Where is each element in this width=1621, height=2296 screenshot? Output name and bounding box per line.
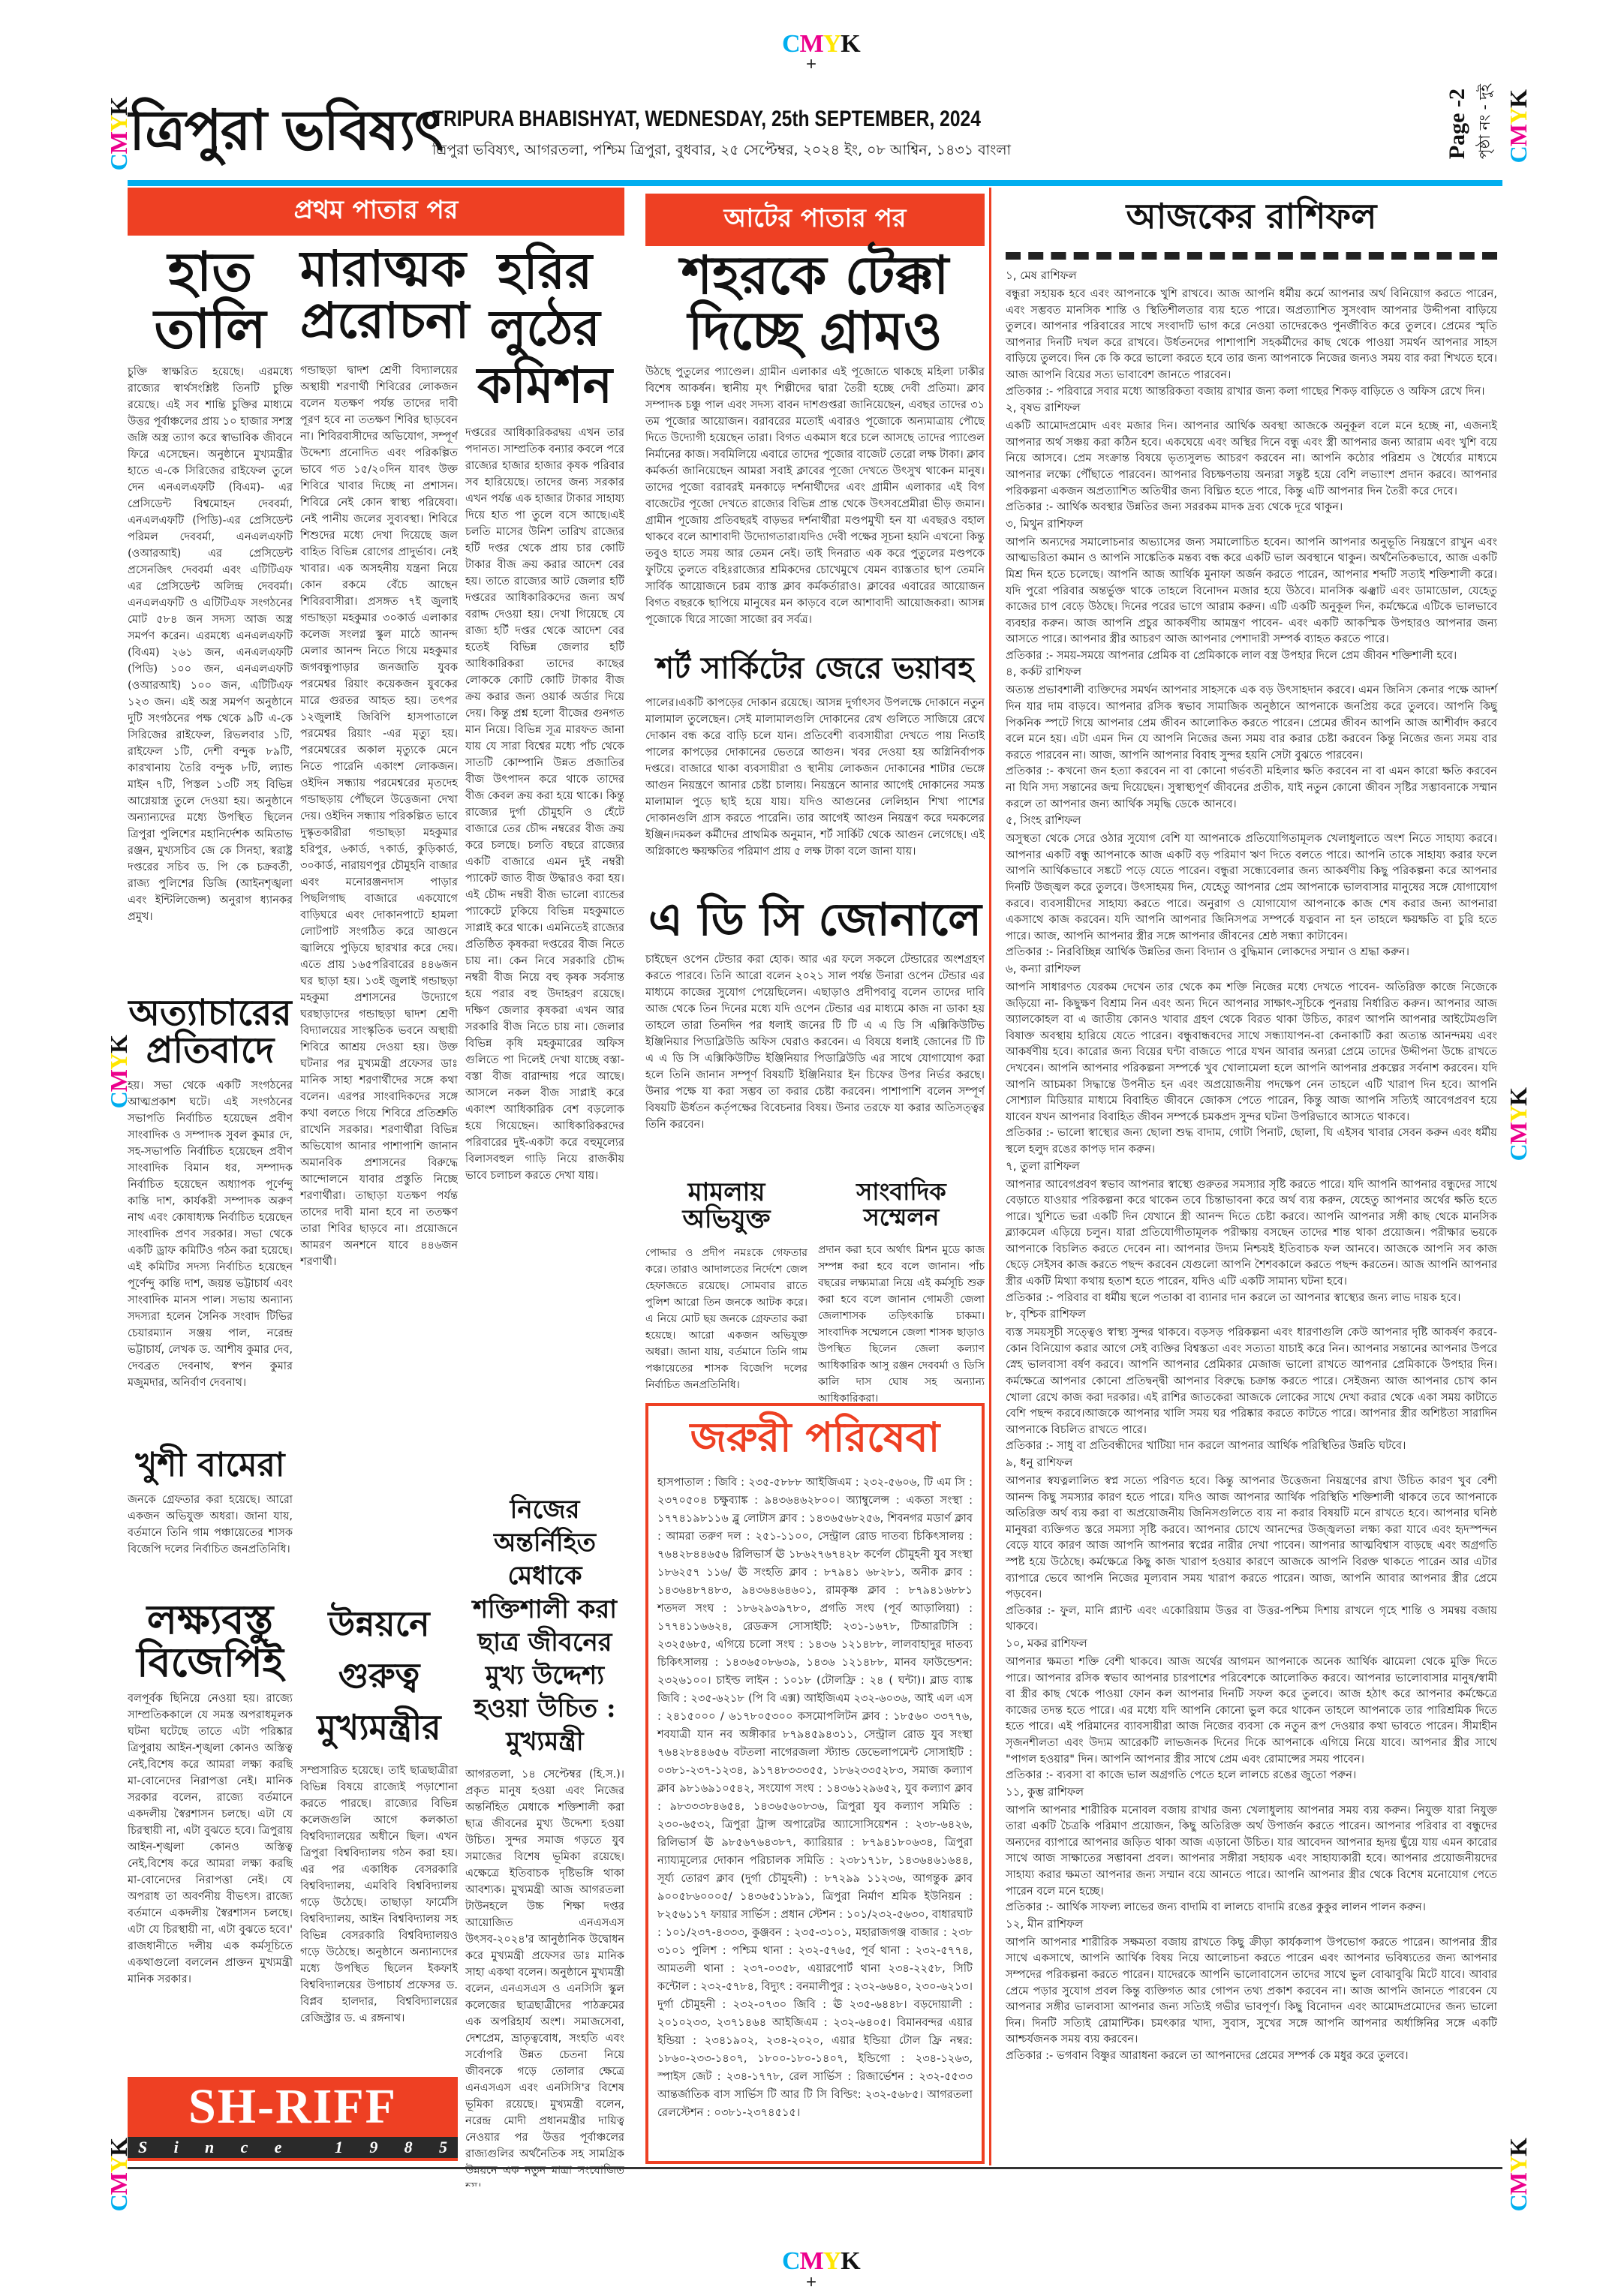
ad-brand-name: SH-RIFF bbox=[128, 2077, 458, 2137]
horoscope-sign: ১০, মকর রাশিফল আপনার ক্ষমতা শক্তি বেশী থ… bbox=[1006, 1635, 1497, 1784]
article-unnoyone-gurutto: উন্নয়নে গুরুত্ব মুখ্যমন্ত্রীর সম্প্রসার… bbox=[300, 1598, 458, 2070]
horoscope-sign: ৯, ধনু রাশিফল আপনার স্বযত্নলালিত স্বপ্ন … bbox=[1006, 1454, 1497, 1635]
article-body: আগরতলা, ১৪ সেপ্টেম্বর (হি.স.)। প্রকৃত মা… bbox=[465, 1766, 624, 2186]
article-body: সম্প্রসারিত হয়েছে। তাই ছাত্রছাত্রীরা বি… bbox=[300, 1763, 458, 2070]
horoscope-sign: ৫, সিংহ রাশিফল অসুস্থতা থেকে সেরে ওঠার স… bbox=[1006, 812, 1497, 960]
article-body: চুক্তি স্বাক্ষরিত হয়েছে। এরমধ্যে রাজ্যে… bbox=[128, 364, 293, 979]
section-banner-eighth-page: আটের পাতার পর bbox=[645, 194, 985, 246]
headline: নিজের অন্তর্নিহিত মেধাকে শক্তিশালী করা ছ… bbox=[465, 1493, 624, 1759]
horoscope-sign: ৪, কর্কট রাশিফল অত্যন্ত প্রভাবশালী ব্যক্… bbox=[1006, 663, 1497, 812]
horoscope-sign: ২, বৃষভ রাশিফল একটি আমোদপ্রমোদ এবং মজার … bbox=[1006, 399, 1497, 515]
headline: সাংবাদিক সম্মেলন bbox=[818, 1180, 985, 1230]
emergency-services-title: জরুরী পরিষেবা bbox=[648, 1406, 982, 1474]
cmyk-mark-bottom: CMYK bbox=[782, 2247, 860, 2276]
column-divider bbox=[989, 188, 991, 2165]
article-horir-luther-commission: হরির লুঠের কমিশন দপ্তরের আধিকারিকরদ্বয় … bbox=[465, 243, 624, 1378]
horoscope-sign: ৭, তুলা রাশিফল আপনার আবেগপ্রবণ স্বভাব আপ… bbox=[1006, 1158, 1497, 1306]
headline: শহরকে টেক্কা দিচ্ছে গ্রামও bbox=[645, 248, 985, 358]
headline: এ ডি সি জোনালে bbox=[645, 897, 985, 944]
registration-cross-bottom: + bbox=[806, 2272, 817, 2293]
horoscope-sign: ৮, বৃশ্চিক রাশিফল ব্যস্ত সময়সূচী সত্ত্ব… bbox=[1006, 1306, 1497, 1454]
headline: অত্যাচারের প্রতিবাদে bbox=[128, 994, 293, 1070]
cmyk-mark-right-top: CMYK bbox=[1505, 90, 1532, 163]
cmyk-mark-right-mid: CMYK bbox=[1505, 1088, 1532, 1161]
article-short-circuit: শর্ট সার্কিটের জেরে ভয়াবহ পালের।একটি কা… bbox=[645, 653, 985, 893]
headline: মামলায় অভিযুক্ত bbox=[645, 1180, 807, 1233]
emergency-services-list: হাসপাতাল : জিবি : ২৩৫-৫৮৮৮ আইজিএম : ২৩২-… bbox=[648, 1474, 982, 2122]
article-body: দপ্তরের আধিকারিকরদ্বয় এখন তার পদানত। সা… bbox=[465, 425, 624, 1378]
article-body: চাইছেন ওপেন টেন্ডার করা হোক। আর এর ফলে স… bbox=[645, 951, 985, 1214]
article-body: জনকে গ্রেফতার করা হয়েছে। আরো একজন অভিযু… bbox=[128, 1492, 293, 1589]
horoscope-sign: ১২, মীন রাশিফল আপনি আপনার শারীরিক সক্ষমত… bbox=[1006, 1916, 1497, 2064]
headline: হাত তালি bbox=[128, 243, 293, 356]
article-haat-taali: হাত তালি চুক্তি স্বাক্ষরিত হয়েছে। এরমধ্… bbox=[128, 243, 293, 979]
article-body: গন্ডাছড়া দ্বাদশ শ্রেণী বিদ্যালয়ের অস্থ… bbox=[300, 362, 458, 1623]
horoscope-section: আজকের রাশিফল ১, মেষ রাশিফল বন্ধুরা সহায়… bbox=[1006, 188, 1497, 2064]
section-banner-first-page: প্রথম পাতার পর bbox=[128, 188, 624, 236]
headline: শর্ট সার্কিটের জেরে ভয়াবহ bbox=[645, 653, 985, 684]
cmyk-mark-top: CMYK bbox=[782, 30, 860, 59]
headline: মারাত্মক প্ররোচনা bbox=[300, 243, 458, 347]
article-body: প্রদান করা হবে অর্থাৎ মিশন মুডে কাজ সম্প… bbox=[818, 1242, 985, 1414]
horoscope-sign: ৩, মিথুন রাশিফল আপনি অন্যদের সমালোচনার অ… bbox=[1006, 515, 1497, 664]
headline: লক্ষ্যবস্তু বিজেপিই bbox=[128, 1598, 293, 1683]
article-otyacharer-protibade: অত্যাচারের প্রতিবাদে হয়। সভা থেকে একটি … bbox=[128, 994, 293, 1453]
horoscope-title: আজকের রাশিফল bbox=[1006, 188, 1497, 248]
article-khushi-bamera: খুশী বামেরা জনকে গ্রেফতার করা হয়েছে। আর… bbox=[128, 1448, 293, 1589]
horoscope-sign: ১১, কুম্ভ রাশিফল আপনি আপনার শারীরিক মনোব… bbox=[1006, 1784, 1497, 1916]
horoscope-sign: ১, মেষ রাশিফল বন্ধুরা সহায়ক হবে এবং আপন… bbox=[1006, 267, 1497, 399]
article-adc-zonal: এ ডি সি জোনালে চাইছেন ওপেন টেন্ডার করা হ… bbox=[645, 897, 985, 1214]
page-number: Page -2 bbox=[1445, 89, 1470, 159]
article-sangbadik-sommelon: সাংবাদিক সম্মেলন প্রদান করা হবে অর্থাৎ ম… bbox=[818, 1180, 985, 1414]
dashed-divider bbox=[1006, 252, 1497, 260]
masthead-english-dateline: TRIPURA BHABISHYAT, WEDNESDAY, 25th SEPT… bbox=[432, 107, 981, 132]
article-body: হয়। সভা থেকে একটি সংগঠনের আত্মপ্রকাশ ঘট… bbox=[128, 1077, 293, 1453]
page-number-bengali: পৃষ্ঠা নং - দুই bbox=[1472, 84, 1497, 159]
article-body: বলপূর্বক ছিনিয়ে নেওয়া হয়। রাজ্যে সাম্… bbox=[128, 1690, 293, 1991]
headline: উন্নয়নে গুরুত্ব মুখ্যমন্ত্রীর bbox=[300, 1598, 458, 1754]
horoscope-sign: ৬, কন্যা রাশিফল আপনি সাধারণত যেরকম দেখেন… bbox=[1006, 960, 1497, 1158]
registration-cross-top: + bbox=[806, 54, 817, 75]
masthead-bengali-dateline: ত্রিপুরা ভবিষ্যৎ, আগরতলা, পশ্চিম ত্রিপুর… bbox=[432, 140, 1011, 164]
page-bottom-rule bbox=[128, 2167, 1502, 2169]
headline: খুশী বামেরা bbox=[128, 1448, 293, 1483]
article-nijer-ontornihito-medha: নিজের অন্তর্নিহিত মেধাকে শক্তিশালী করা ছ… bbox=[465, 1493, 624, 2186]
article-maratmok-proruchona: মারাত্মক প্ররোচনা গন্ডাছড়া দ্বাদশ শ্রেণ… bbox=[300, 243, 458, 1623]
article-mamlay-obhijukto: মামলায় অভিযুক্ত পোদ্দার ও প্রদীপ নমঃকে … bbox=[645, 1180, 807, 1425]
newspaper-logo: ত্রিপুরা ভবিষ্যৎ bbox=[129, 89, 442, 181]
article-body: পোদ্দার ও প্রদীপ নমঃকে গেফতার করে। তারাও… bbox=[645, 1245, 807, 1425]
advertisement-shriff[interactable]: SH-RIFF S i n c e 1 9 8 5 bbox=[128, 2077, 458, 2161]
article-lakshyabostu-bjp: লক্ষ্যবস্তু বিজেপিই বলপূর্বক ছিনিয়ে নেও… bbox=[128, 1598, 293, 1991]
cmyk-mark-right-bottom: CMYK bbox=[1505, 2138, 1532, 2211]
emergency-services-box: জরুরী পরিষেবা হাসপাতাল : জিবি : ২৩৫-৫৮৮৮… bbox=[645, 1403, 985, 2164]
article-body: পালের।একটি কাপড়ের দোকান রয়েছে। আসন্ন দ… bbox=[645, 695, 985, 893]
masthead-rule bbox=[128, 180, 1502, 186]
ad-since-strip: S i n c e 1 9 8 5 bbox=[128, 2137, 458, 2158]
headline: হরির লুঠের কমিশন bbox=[465, 243, 624, 414]
